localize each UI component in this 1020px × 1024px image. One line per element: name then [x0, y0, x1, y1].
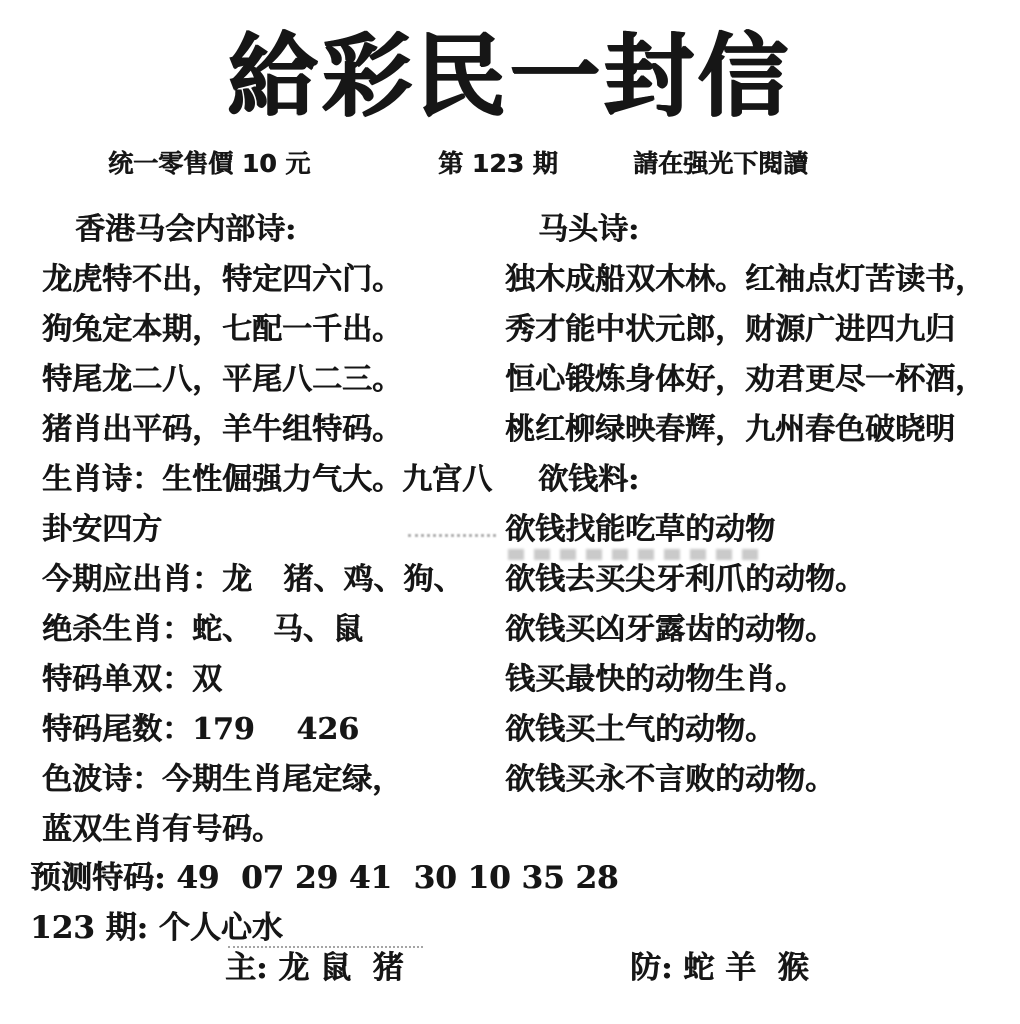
expected-zodiac-line: 今期应出肖：龙 猪、鸡、狗、 — [42, 555, 504, 605]
lottery-tip-sheet: 給彩民一封信 统一零售價 10 元 第 123 期 請在强光下閱讀 香港马会内部… — [0, 0, 1020, 1024]
money-clue-line: 欲钱买永不言败的动物。 — [505, 755, 1010, 805]
money-clue-line: 欲钱找能吃草的动物 — [505, 505, 1010, 555]
zodiac-poem-line: 生肖诗：生性倔强力气大。九宫八 — [42, 455, 504, 505]
right-column: 马头诗: 独木成船双木林。红袖点灯苦读书， 秀才能中状元郎，财源广进四九归 恒心… — [505, 205, 1010, 805]
money-clue-line: 欲钱买凶牙露齿的动物。 — [505, 605, 1010, 655]
poem-line: 独木成船双木林。红袖点灯苦读书， — [505, 255, 1010, 305]
guard-animals-line: 防: 蛇 羊 猴 — [630, 943, 809, 993]
money-clue-line: 欲钱买土气的动物。 — [505, 705, 1010, 755]
zodiac-poem-line: 卦安四方 — [42, 505, 504, 555]
color-wave-line: 色波诗：今期生肖尾定绿， — [42, 755, 504, 805]
tail-digits-line: 特码尾数：179 426 — [42, 705, 504, 755]
poem-line: 秀才能中状元郎，财源广进四九归 — [505, 305, 1010, 355]
poem-line: 猪肖出平码，羊牛组特码。 — [42, 405, 504, 455]
predicted-numbers-line: 预测特码: 49 07 29 41 30 10 35 28 — [30, 853, 619, 903]
reading-notice-label: 請在强光下閱讀 — [633, 148, 808, 180]
odd-even-line: 特码单双：双 — [42, 655, 504, 705]
print-smudge-artifact — [408, 534, 496, 537]
money-clues-header: 欲钱料: — [505, 455, 1010, 505]
poem-line: 龙虎特不出，特定四六门。 — [42, 255, 504, 305]
poem-line: 桃红柳绿映春辉，九州春色破晓明 — [505, 405, 1010, 455]
poem-line: 恒心锻炼身体好，劝君更尽一杯酒， — [505, 355, 1010, 405]
poem-line: 狗兔定本期，七配一千出。 — [42, 305, 504, 355]
retail-price-label: 统一零售價 10 元 — [108, 148, 310, 180]
money-clue-line: 欲钱去买尖牙利爪的动物。 — [505, 555, 1010, 605]
issue-number-label: 第 123 期 — [438, 148, 558, 180]
print-ghost-artifact — [508, 549, 763, 560]
dotted-scan-artifact — [228, 946, 423, 948]
left-column: 香港马会内部诗: 龙虎特不出，特定四六门。 狗兔定本期，七配一千出。 特尾龙二八… — [42, 205, 504, 855]
excluded-zodiac-line: 绝杀生肖：蛇、 马、鼠 — [42, 605, 504, 655]
poem-line: 特尾龙二八，平尾八二三。 — [42, 355, 504, 405]
left-column-header: 香港马会内部诗: — [42, 205, 504, 255]
right-column-header: 马头诗: — [505, 205, 1010, 255]
money-clue-line: 钱买最快的动物生肖。 — [505, 655, 1010, 705]
page-title: 給彩民一封信 — [0, 22, 1020, 132]
main-animals-line: 主: 龙 鼠 猪 — [225, 943, 404, 993]
color-wave-line: 蓝双生肖有号码。 — [42, 805, 504, 855]
